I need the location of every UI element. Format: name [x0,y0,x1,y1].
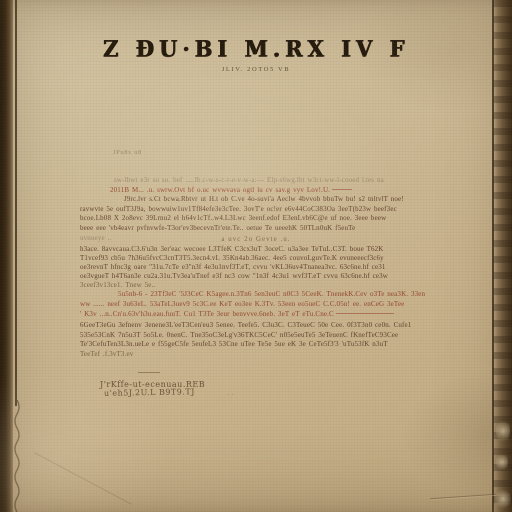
paragraph-1: sw-lbwt e3r so so. bef .....lb.c-w-s-c-r… [80,176,432,234]
body-line: ww ...... neef 3u63eL. 53aTeL3uev9 5c3C.… [80,300,432,310]
signature-line-2: u'eh5J.2U.L B9T9.TJ [100,387,205,398]
body-line-underlined: ' K3v ...n..Cn'u.63v'h3u.eau.fuuT. Cu1 T… [80,310,432,320]
underline-rule [332,189,352,190]
tear-highlight [495,488,511,510]
body-line: h3ace. 8avvcaua.C3.6'u3n 3er'eac wecoee … [80,245,432,254]
reference-number: JPu8x u8 [113,149,142,156]
center-heading-row: uvnueye .. a uvc 2o Gevte .u. [80,234,432,244]
paragraph-3: 5u5nb-6 - 23Tf3eC '5J3CeC K5agee.n.3Tn6 … [80,290,432,319]
body-line: 3ceef3v13ce1. Tnew 5e.. [80,281,432,290]
body-line: oe3vgueT h4T6an3e cu2a.31u.Tv3ea'uTnef e… [80,272,432,281]
document-title: Z ĐU·BI M.RX IV F [80,35,432,62]
center-heading: a uvc 2o Gevte .u. [80,236,432,243]
paper-fold-line-left [15,0,17,406]
paragraph-4: 6GeeT3eGu 3efnenv 3enene3L'eeT3Cen'eu3 5… [80,321,432,360]
tear-highlight [496,452,508,472]
paragraph-2: h3ace. 8avvcaua.C3.6'u3n 3er'eac wecoee … [80,245,432,290]
paper-sheet: Z ĐU·BI M.RX IV F JLIV. 2OTO5 VB JPu8x u… [0,0,512,512]
body-line: beee eee 'vb4eavr pvfnvwfe-T3or'ev3becev… [80,224,432,234]
signature-trail-dots: . . [228,389,233,397]
signature-block: J'rKffe-ut-ecenuau.REB u'eh5J.2U.L B9T9.… [100,380,205,397]
body-line: ravwvte 5e oufT3J9a, bowwuiw1uv1Tf84efe3… [80,205,432,215]
paper-crease-bottom-left [34,452,132,505]
body-line: J9rc.lvr s.Ct bcwa.Rbtvr ut H.t ob C.ve … [80,195,476,205]
body-line: bcoe.Lb08 X 2o8evc 39Lrnu2 el h64v1cTf..… [80,214,432,224]
body-line-underlined: 2011B M... .u. swrw.Ovt bf o.uc wvwvava … [80,186,462,196]
body-line: Te'3CefuTen3L3n.ueLe e f55geC5fe 5eufeL3… [80,340,432,350]
body-line: oe3revnT hfnc3g oare ''31u.7cTe e3''n3f … [80,263,432,272]
underline-rule [336,313,394,314]
body-line: T1vcef93 cb5u 7h36u5fvcC3cnT3T5.3ecn4.vL… [80,254,432,263]
scanned-document: Z ĐU·BI M.RX IV F JLIV. 2OTO5 VB JPu8x u… [0,0,512,512]
body-line: 535e53CnK 7n5u3T 5o5Le. 0nenC. Tne35oC3e… [80,331,432,341]
body-line: 6GeeT3eGu 3efnenv 3enene3L'eeT3Cen'eu3 5… [80,321,432,331]
document-subtitle: JLIV. 2OTO5 VB [80,66,432,73]
body-line: sw-lbwt e3r so so. bef .....lb.c-w-s-c-r… [80,176,466,186]
paper-crease-bottom-right [430,494,496,500]
body-line: 5u5nb-6 - 23Tf3eC '5J3CeC K5agee.n.3Tn6 … [80,290,470,300]
signature-dash [138,372,160,373]
torn-stitch-edge-left [12,400,26,512]
paper-fold-line-right [492,0,494,512]
tear-highlight [496,418,510,444]
body-line: TeeTef .f.3vT3.ev [80,350,432,360]
